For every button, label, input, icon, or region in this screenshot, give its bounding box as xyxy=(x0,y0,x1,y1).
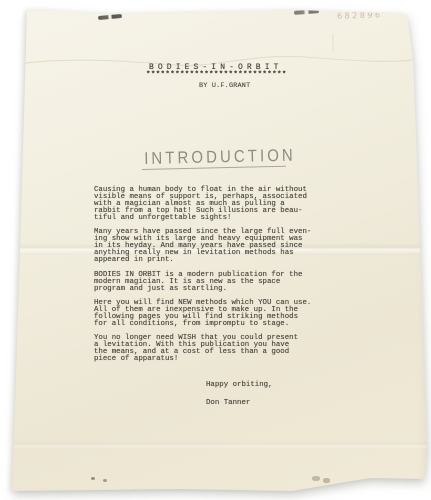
body-paragraphs: Causing a human body to float in the air… xyxy=(94,187,334,370)
byline: BY U.F.GRANT xyxy=(199,82,250,90)
paragraph: Many years have passed since the large f… xyxy=(94,229,334,264)
paragraph: You no longer need WISH that you could p… xyxy=(94,335,334,363)
paper-shadow-wrap: 682896 BODIES-IN-ORBIT *****************… xyxy=(0,0,431,500)
signature-name: Don Tanner xyxy=(206,399,250,407)
paragraph: Here you will find NEW methods which YOU… xyxy=(94,300,334,328)
paper-sheet: 682896 BODIES-IN-ORBIT *****************… xyxy=(0,0,431,500)
closing-line: Happy orbiting, xyxy=(206,381,273,389)
asterisk-rule: ***************************** xyxy=(146,71,287,79)
paragraph: BODIES IN ORBIT is a modern publication … xyxy=(94,272,334,293)
section-heading: INTRODUCTION xyxy=(144,147,296,167)
photo-background: 682896 BODIES-IN-ORBIT *****************… xyxy=(0,0,431,500)
document-text: BODIES-IN-ORBIT ************************… xyxy=(0,0,431,500)
paragraph: Causing a human body to float in the air… xyxy=(94,187,334,222)
